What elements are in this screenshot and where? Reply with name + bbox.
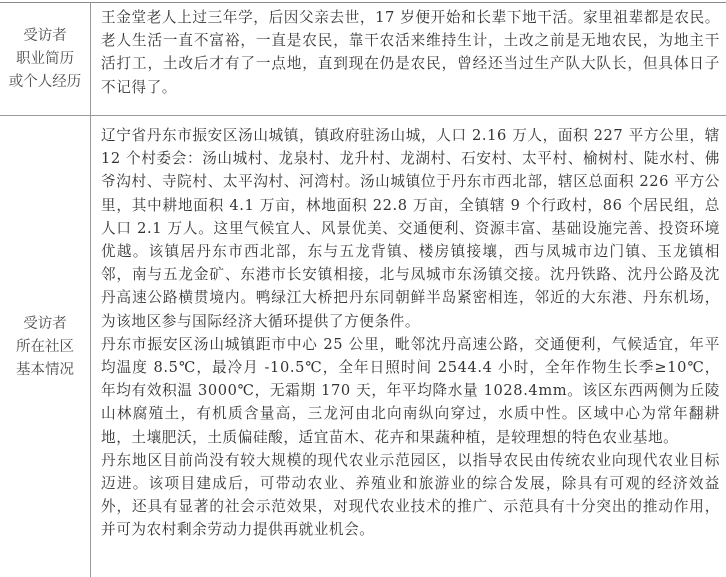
row-label-community-info: 受访者 所在社区 基本情况 — [0, 116, 91, 577]
paragraph: 丹东市振安区汤山城镇距市中心 25 公里，毗邻沈丹高速公路，交通便利，气候适宜，… — [101, 333, 720, 449]
row-label-career-history: 受访者 职业简历 或个人经历 — [0, 3, 91, 115]
label-line: 所在社区 — [16, 336, 74, 359]
paragraph: 丹东地区目前尚没有较大规模的现代农业示范园区，以指导农民由传统农业向现代农业目标… — [101, 449, 720, 542]
label-line: 职业简历 — [16, 48, 74, 71]
label-line: 受访者 — [23, 313, 67, 336]
row-content-career-history: 王金堂老人上过三年学，后因父亲去世，17 岁便开始和长辈下地干活。家里祖辈都是农… — [91, 3, 726, 115]
interview-info-table: 受访者 职业简历 或个人经历 王金堂老人上过三年学，后因父亲去世，17 岁便开始… — [0, 2, 726, 577]
label-line: 受访者 — [23, 25, 67, 48]
label-line: 基本情况 — [16, 359, 74, 382]
label-line: 或个人经历 — [9, 71, 82, 94]
paragraph: 辽宁省丹东市振安区汤山城镇，镇政府驻汤山城，人口 2.16 万人，面积 227 … — [101, 124, 720, 333]
paragraph: 王金堂老人上过三年学，后因父亲去世，17 岁便开始和长辈下地干活。家里祖辈都是农… — [101, 6, 720, 99]
table-row-community-info: 受访者 所在社区 基本情况 辽宁省丹东市振安区汤山城镇，镇政府驻汤山城，人口 2… — [0, 115, 726, 577]
table-row-career-history: 受访者 职业简历 或个人经历 王金堂老人上过三年学，后因父亲去世，17 岁便开始… — [0, 3, 726, 115]
row-content-community-info: 辽宁省丹东市振安区汤山城镇，镇政府驻汤山城，人口 2.16 万人，面积 227 … — [91, 116, 726, 577]
